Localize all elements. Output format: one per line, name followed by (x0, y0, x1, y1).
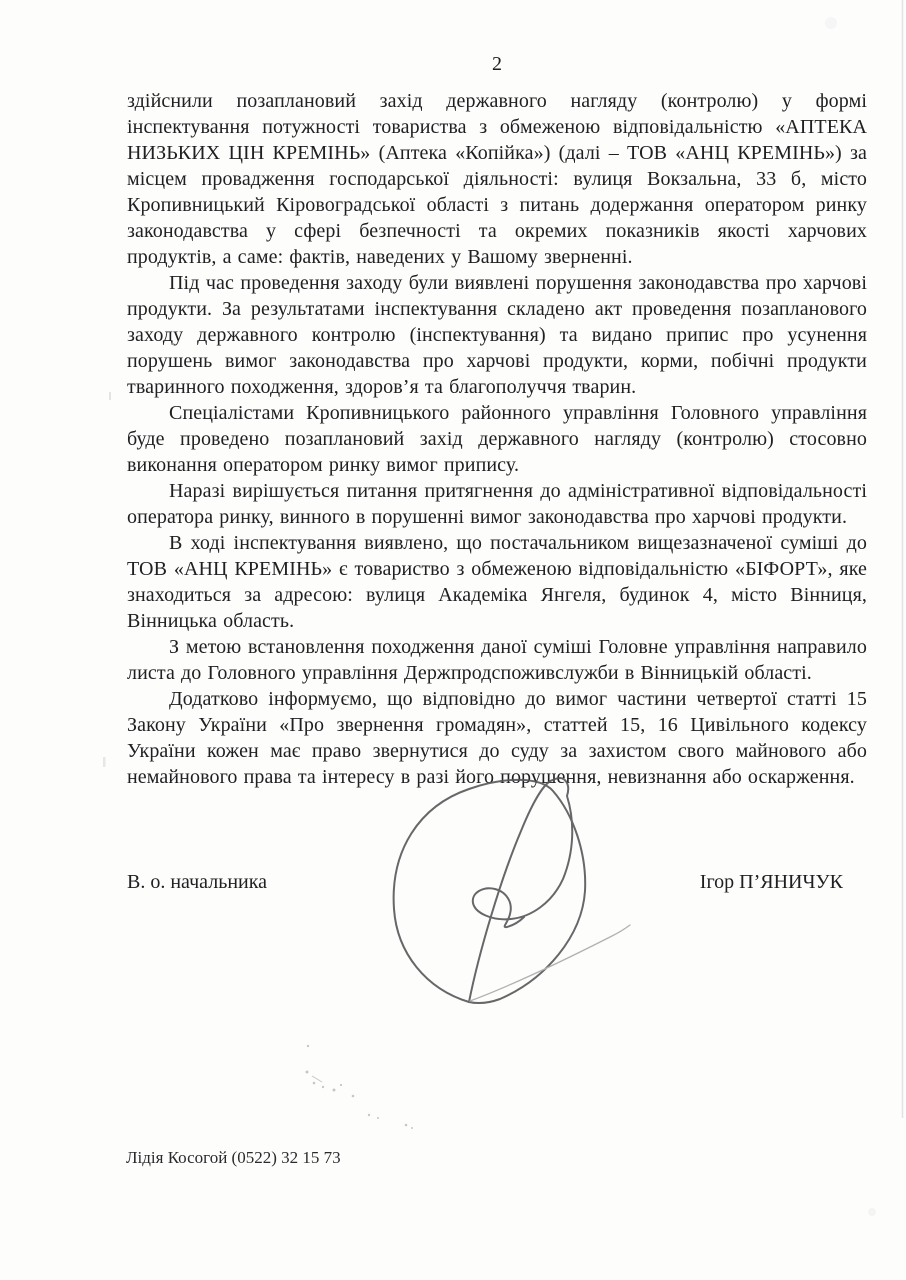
signature-block: В. о. начальника Ігор П’ЯНИЧУК (127, 869, 843, 895)
paragraph: Наразі вирішується питання притягнення д… (127, 478, 867, 530)
contact-line: Лідія Косогой (0522) 32 15 73 (126, 1147, 341, 1169)
letter-body: здійснили позаплановий захід державного … (127, 88, 867, 790)
scanned-letter-page: 2 здійснили позаплановий захід державног… (0, 0, 906, 1280)
signer-name: Ігор П’ЯНИЧУК (700, 869, 843, 895)
paragraph: Під час проведення заходу були виявлені … (127, 270, 867, 400)
paragraph: Додатково інформуємо, що відповідно до в… (127, 686, 867, 790)
signer-position-title: В. о. начальника (127, 869, 267, 895)
paragraph: В ході інспектування виявлено, що постач… (127, 530, 867, 634)
paragraph: здійснили позаплановий захід державного … (127, 88, 867, 270)
page-number: 2 (127, 52, 867, 76)
paragraph: Спеціалістами Кропивницького районного у… (127, 400, 867, 478)
paragraph: З метою встановлення походження даної су… (127, 634, 867, 686)
